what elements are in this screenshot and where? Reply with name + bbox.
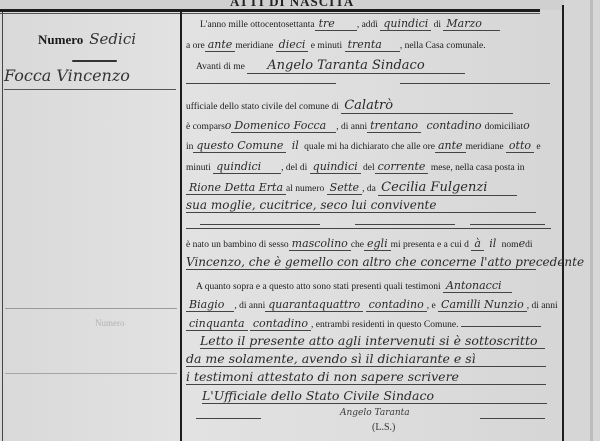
margin-record-number: NumeroSedici (38, 30, 136, 48)
rule (400, 83, 550, 84)
witness2-age-field: cinquanta (186, 317, 248, 331)
margin-divider (180, 12, 182, 441)
witness2-occupation-field: contadino (250, 317, 311, 331)
record-line-witness-details: Biagio, di anniquarantaquattro contadino… (186, 298, 558, 311)
comune-field: Calatrò (341, 98, 513, 114)
hour-field: dieci (276, 38, 309, 52)
flourish-mark (72, 60, 117, 62)
birth-hour-field: otto (506, 139, 534, 153)
top-rule-thin (0, 13, 540, 14)
official-field: Angelo Taranta Sindaco (247, 58, 464, 74)
record-line-comune: ufficiale dello stato civile del comune … (186, 98, 513, 113)
ghost-rule (5, 308, 177, 309)
record-line-mother-details: sua moglie, cucitrice, seco lui conviven… (186, 198, 536, 213)
record-line-declarant: è comparsoDomenico Focca, di annitrentan… (186, 119, 530, 132)
official-signature: Angelo Taranta (340, 408, 410, 418)
margin-rule (4, 89, 176, 90)
record-line-residence: inquesto Comune il quale mi ha dichiarat… (186, 139, 541, 152)
birth-day-field: quindici (310, 160, 361, 174)
margin-subject-name: Focca Vincenzo (4, 66, 130, 85)
record-line-time: a oreantemeridiane dieci e minuti trenta… (186, 38, 486, 51)
year-field: tre (315, 17, 357, 31)
record-line-child: è nato un bambino di sessomascolinocheeg… (186, 237, 532, 250)
closing-line-2: da me solamente, avendo sì il dichiarant… (186, 351, 546, 367)
closing-line-3: i testimoni attestato di non sapere scri… (186, 369, 546, 385)
birth-minutes-field: quindici (213, 160, 281, 174)
period-field: ante (205, 38, 236, 52)
record-line-witnesses: A quanto sopra e a questo atto sono stat… (196, 279, 512, 292)
house-number-field: Sette (327, 181, 362, 195)
document-page: ATTI DI NASCITA NumeroSedici Focca Vince… (0, 0, 600, 441)
day-field: quindici (380, 17, 431, 31)
seal-mark: (L.S.) (372, 422, 395, 433)
record-line-official: Avanti di me Angelo Taranta Sindaco (196, 58, 465, 73)
closing-line-1: Letto il presente atto agli intervenuti … (200, 333, 545, 349)
numero-value: Sedici (89, 30, 136, 48)
witness1-occupation-field: contadino (366, 298, 427, 312)
rule (470, 224, 545, 225)
rule (186, 228, 551, 229)
rule (200, 224, 320, 225)
ghost-rule (5, 373, 177, 374)
rule (355, 224, 455, 225)
closing-line-4: L'Ufficiale dello Stato Civile Sindaco (202, 388, 547, 404)
record-line-birth-date: minuti quindici, del dì quindici delcorr… (186, 160, 524, 173)
declarant-occupation-field: contadino (423, 119, 484, 132)
month-ref-field: corrente (375, 160, 429, 174)
left-edge-line (2, 12, 3, 441)
sex-field: mascolino (289, 237, 351, 251)
ghost-bleed-text: Numero (95, 318, 125, 328)
numero-label: Numero (38, 32, 83, 47)
month-field: Marzo (443, 17, 500, 31)
top-rule (0, 9, 540, 12)
street-field: Rione Detta Erta (186, 181, 286, 195)
birth-period-field: ante (435, 139, 466, 153)
witness2-name-field: Camilli Nunzio (438, 298, 527, 312)
witness1-surname-field: Antonacci (443, 279, 512, 293)
page-edge (590, 0, 593, 441)
rule (196, 418, 261, 419)
declarant-age-field: trentano (367, 119, 421, 133)
rule (461, 317, 541, 327)
mother-field: Cecilia Fulgenzi (378, 180, 517, 196)
witness1-age-field: quarantaquattro (265, 298, 363, 312)
record-line-date: L'anno mille ottocentosettantatre, addì … (200, 17, 500, 30)
record-line-witness2-details: cinquanta contadino, entrambi residenti … (186, 317, 541, 330)
declarant-field: Domenico Focca (231, 119, 336, 133)
record-line-address: Rione Detta Ertaal numero Sette, da Ceci… (186, 180, 517, 195)
witness1-given-field: Biagio (186, 298, 234, 312)
residence-field: questo Comune (193, 139, 286, 153)
child-name-field: Vincenzo, che è gemello con altro che co… (186, 255, 536, 270)
right-margin (564, 0, 600, 441)
minutes-field: trenta (345, 38, 400, 52)
rule (186, 83, 336, 84)
rule (480, 418, 545, 419)
